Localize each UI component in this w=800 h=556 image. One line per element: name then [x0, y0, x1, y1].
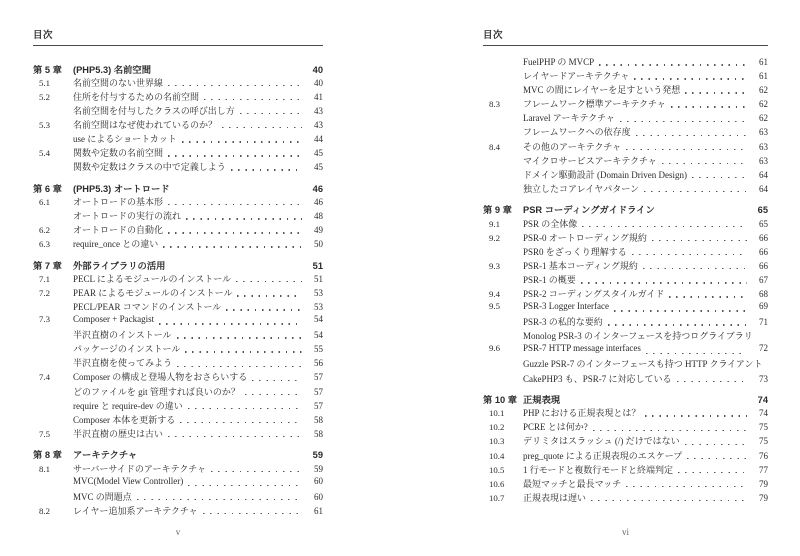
toc-entry-title: PECL/PEAR コマンドのインストール: [73, 300, 221, 313]
dot-leader: [203, 513, 302, 514]
toc-entry-number: 7.5: [33, 429, 73, 439]
toc-entry-number: 5.3: [33, 120, 73, 130]
toc-entry-page: 41: [307, 92, 323, 102]
toc-entry-page: 66: [752, 261, 768, 271]
toc-entry-number: 第 8 章: [33, 447, 73, 461]
toc-entry: 関数や定数はクラスの中で定義しよう45: [33, 160, 323, 174]
toc-entry-title: フレームワーク標準アーキテクチャ: [523, 97, 666, 110]
toc-entry-number: 10.6: [483, 479, 523, 489]
dot-leader: [677, 381, 747, 382]
dot-leader: [159, 323, 302, 324]
toc-entry-title: Monolog PSR-3 のインターフェースを持つログライブラリ: [523, 329, 753, 342]
toc-entry-page: 51: [307, 274, 323, 284]
toc-entry-page: 61: [752, 71, 768, 81]
dot-leader: [660, 212, 747, 213]
toc-entry: 7.3Composer + Packagist54: [33, 314, 323, 328]
dot-leader: [678, 472, 747, 473]
toc-entry-page: 58: [307, 429, 323, 439]
toc-entry-page: 54: [307, 314, 323, 324]
toc-entry-title: PSR-2 コーディングスタイルガイド: [523, 287, 664, 300]
toc-entry-page: 64: [752, 170, 768, 180]
toc-entry-title: 半沢直樹の歴史は古い: [73, 427, 163, 440]
toc-entry-title: require と require-dev の違い: [73, 399, 183, 412]
toc-entry-title: 正規表現は遅い: [523, 491, 586, 504]
toc-entry-page: 53: [307, 302, 323, 312]
dot-leader: [211, 471, 302, 472]
dot-leader: [652, 240, 747, 241]
dot-leader: [204, 99, 302, 100]
toc-entry-title: PSR-7 HTTP message interfaces: [523, 343, 641, 353]
toc-entry-number: 9.5: [483, 301, 523, 311]
toc-entry: 8.3フレームワーク標準アーキテクチャ62: [483, 97, 768, 111]
dot-leader: [671, 106, 747, 107]
toc-entry: 10.3デリミタはスラッシュ (/) だけではない75: [483, 434, 768, 448]
toc-entry-page: 63: [752, 142, 768, 152]
toc-entry-number: 7.2: [33, 288, 73, 298]
toc-entry-page: 75: [752, 422, 768, 432]
toc-entry: require と require-dev の違い57: [33, 399, 323, 413]
dot-leader: [180, 422, 302, 423]
toc-entry: 5.2住所を付与するための名前空間41: [33, 90, 323, 104]
toc-entry-number: 6.2: [33, 225, 73, 235]
toc-entry-title: 名前空間を付与したクラスの呼び出し方: [73, 104, 235, 117]
toc-entry: MVC(Model View Controller)60: [33, 476, 323, 490]
toc-entry: Laravel アーキテクチャ62: [483, 111, 768, 125]
toc-entry-title: MVC の問題点: [73, 490, 132, 503]
dot-leader: [245, 394, 302, 395]
toc-entry-title: 半沢直樹を使ってみよう: [73, 356, 172, 369]
toc-entry-page: 46: [307, 184, 323, 194]
toc-entry-page: 79: [752, 493, 768, 503]
toc-entry-number: 6.1: [33, 197, 73, 207]
toc-entry-page: 43: [307, 106, 323, 116]
toc-entry-number: 9.4: [483, 289, 523, 299]
dot-leader: [168, 436, 302, 437]
toc-entry-number: 10.4: [483, 451, 523, 461]
toc-entry: 第 7 章外部ライブラリの活用51: [33, 258, 323, 272]
toc-entry-title: (PHP5.3) 名前空間: [73, 62, 151, 76]
dot-leader: [185, 351, 302, 352]
dot-leader: [142, 457, 302, 458]
dot-leader: [168, 232, 302, 233]
toc-entry: 10.2PCRE とは何か?75: [483, 420, 768, 434]
toc-entry-page: 63: [752, 127, 768, 137]
dot-leader: [685, 92, 747, 93]
toc-entry: 6.1オートロードの基本形46: [33, 195, 323, 209]
toc-entry-page: 62: [752, 99, 768, 109]
toc-entry-number: 6.3: [33, 239, 73, 249]
toc-entry-page: 74: [752, 395, 768, 405]
toc-entry-page: 71: [752, 317, 768, 327]
toc-entry-page: 53: [307, 288, 323, 298]
toc-entry-title: FuelPHP の MVCP: [523, 55, 594, 68]
toc-entry: 独立したコアレイヤパターン64: [483, 182, 768, 196]
toc-entry: 7.1PECL によるモジュールのインストール51: [33, 272, 323, 286]
toc-entry: 9.1PSR の全体像65: [483, 217, 768, 231]
toc-entry-title: MVC(Model View Controller): [73, 476, 183, 486]
toc-entry-title: 最短マッチと最長マッチ: [523, 477, 621, 490]
toc-entry: 9.5PSR-3 Logger Interface69: [483, 301, 768, 315]
toc-entry-title: 名前空間のない世界線: [73, 76, 163, 89]
dot-leader: [644, 191, 747, 192]
book-spread: 目次 第 5 章(PHP5.3) 名前空間405.1名前空間のない世界線405.…: [0, 0, 800, 556]
toc-entry-number: 9.1: [483, 219, 523, 229]
toc-entry-title: CakePHP3 も、PSR-7 に対応している: [523, 372, 672, 385]
toc-entry-title: レイヤードアーキテクチャ: [523, 69, 629, 82]
toc-entry-number: 9.3: [483, 261, 523, 271]
toc-entry-title: Laravel アーキテクチャ: [523, 111, 615, 124]
toc-entry-title: 関数や定数はクラスの中で定義しよう: [73, 160, 226, 173]
toc-entry-number: 9.2: [483, 233, 523, 243]
toc-entry-title: 関数や定数の名前空間: [73, 146, 163, 159]
dot-leader: [168, 85, 302, 86]
toc-entry-page: 73: [752, 374, 768, 384]
toc-entry-page: 58: [307, 415, 323, 425]
toc-entry: PSR-3 の私的な要約71: [483, 315, 768, 329]
toc-entry-title: Composer の構成と登場人物をおさらいする: [73, 370, 247, 383]
toc-entry-page: 68: [752, 289, 768, 299]
toc-entry-number: 8.3: [483, 99, 523, 109]
toc-entry-title: PSR0 をざっくり理解する: [523, 245, 627, 258]
dot-leader: [599, 64, 747, 65]
toc-entry-title: 正規表現: [523, 392, 560, 406]
toc-entry-number: 第 5 章: [33, 62, 73, 76]
dot-leader: [643, 268, 747, 269]
toc-entry: 8.2レイヤー追加系アーキテクチャ61: [33, 504, 323, 518]
toc-entry-page: 65: [752, 219, 768, 229]
toc-entry-page: 66: [752, 233, 768, 243]
dot-leader: [593, 430, 747, 431]
toc-entry-page: 59: [307, 464, 323, 474]
dot-leader: [646, 353, 747, 354]
toc-entry: 5.3名前空間はなぜ使われているのか？43: [33, 118, 323, 132]
toc-entry-page: 60: [307, 492, 323, 502]
toc-entry: どのファイルを git 管理すれば良いのか？57: [33, 385, 323, 399]
toc-entry: Guzzle PSR-7 のインターフェースも持つ HTTP クライアント73: [483, 357, 768, 371]
toc-entry-page: 71: [763, 331, 768, 341]
dot-leader: [156, 71, 302, 72]
toc-entry-title: オートロードの基本形: [73, 195, 163, 208]
toc-entry: 10.4preg_quote による正規表現のエスケープ76: [483, 449, 768, 463]
toc-entry: 7.4Composer の構成と登場人物をおさらいする57: [33, 370, 323, 384]
toc-entry: 8.1サーバーサイドのアーキテクチャ59: [33, 462, 323, 476]
toc-entry-page: 65: [752, 205, 768, 215]
toc-entry-title: パッケージのインストール: [73, 342, 180, 355]
page-folio: vi: [483, 527, 768, 537]
toc-entries-right: FuelPHP の MVCP61レイヤードアーキテクチャ61MVC の間にレイヤ…: [483, 46, 768, 505]
toc-entry-page: 43: [307, 120, 323, 130]
page-folio: v: [33, 527, 323, 537]
toc-entry-number: 第 7 章: [33, 258, 73, 272]
toc-entry: マイクロサービスアーキテクチャ63: [483, 154, 768, 168]
toc-entry-number: 第 9 章: [483, 202, 523, 216]
toc-entry-page: 45: [307, 148, 323, 158]
toc-entry: 5.1名前空間のない世界線40: [33, 76, 323, 90]
toc-entry: MVC の間にレイヤーを足すという発想62: [483, 83, 768, 97]
toc-entry: 第 6 章(PHP5.3) オートロード46: [33, 181, 323, 195]
toc-entry-page: 62: [752, 113, 768, 123]
toc-entry-title: 半沢直樹のインストール: [73, 328, 172, 341]
dot-leader: [608, 324, 747, 325]
toc-entry-number: 7.4: [33, 372, 73, 382]
dot-leader: [626, 149, 747, 150]
toc-entry: パッケージのインストール55: [33, 342, 323, 356]
toc-entry-title: 外部ライブラリの活用: [73, 258, 165, 272]
toc-entry-number: 5.4: [33, 148, 73, 158]
toc-entry-title: 住所を付与するための名前空間: [73, 90, 199, 103]
text-block-left: 目次 第 5 章(PHP5.3) 名前空間405.1名前空間のない世界線405.…: [33, 27, 323, 556]
toc-entry-page: 76: [752, 451, 768, 461]
dot-leader: [645, 415, 747, 416]
toc-entry: MVC の問題点60: [33, 490, 323, 504]
toc-entry: 半沢直樹のインストール54: [33, 328, 323, 342]
dot-leader: [591, 500, 747, 501]
dot-leader: [170, 267, 302, 268]
toc-entry-title: PECL によるモジュールのインストール: [73, 272, 231, 285]
dot-leader: [236, 281, 302, 282]
toc-entry: 5.4関数や定数の名前空間45: [33, 146, 323, 160]
dot-leader: [177, 366, 302, 367]
toc-entry: 9.2PSR-0 オートローディング規約66: [483, 231, 768, 245]
toc-entry-page: 61: [307, 506, 323, 516]
toc-entry: 6.3require_once との違い50: [33, 237, 323, 251]
toc-entry-title: Composer 本体を更新する: [73, 413, 175, 426]
dot-leader: [634, 78, 747, 79]
toc-entry-title: デリミタはスラッシュ (/) だけではない: [523, 434, 680, 447]
toc-entry-page: 57: [307, 401, 323, 411]
toc-entry-title: Composer + Packagist: [73, 314, 154, 324]
toc-entry: 6.2オートロードの自動化49: [33, 223, 323, 237]
toc-entry-page: 45: [307, 162, 323, 172]
dot-leader: [582, 226, 747, 227]
toc-entry-title: ドメイン駆動設計 (Domain Driven Design): [523, 168, 687, 181]
dot-leader: [163, 246, 302, 247]
toc-entry-title: MVC の間にレイヤーを足すという発想: [523, 83, 680, 96]
toc-entry-title: PSR-3 の私的な要約: [523, 315, 603, 328]
dot-leader: [237, 295, 302, 296]
toc-entry-title: PSR-0 オートローディング規約: [523, 231, 647, 244]
dot-leader: [240, 113, 302, 114]
toc-entry-title: 1 行モードと複数行モードと終端判定: [523, 463, 673, 476]
toc-entry-title: マイクロサービスアーキテクチャ: [523, 154, 657, 167]
toc-entry-title: オートロードの自動化: [73, 223, 163, 236]
toc-entry-title: PCRE とは何か?: [523, 420, 588, 433]
dot-leader: [177, 337, 302, 338]
toc-entry-title: preg_quote による正規表現のエスケープ: [523, 449, 682, 462]
toc-entry-title: PSR の全体像: [523, 217, 577, 230]
toc-entry-number: 8.4: [483, 142, 523, 152]
toc-entry: 7.5半沢直樹の歴史は古い58: [33, 427, 323, 441]
toc-entry-page: 40: [307, 78, 323, 88]
text-block-right: 目次 FuelPHP の MVCP61レイヤードアーキテクチャ61MVC の間に…: [483, 27, 768, 556]
toc-entry-number: 5.2: [33, 92, 73, 102]
toc-entry-title: 独立したコアレイヤパターン: [523, 182, 639, 195]
dot-leader: [175, 190, 302, 191]
toc-entry-number: 10.2: [483, 422, 523, 432]
dot-leader: [222, 127, 302, 128]
toc-entry-number: 第 10 章: [483, 392, 523, 406]
toc-entry: 第 9 章PSR コーディングガイドライン65: [483, 202, 768, 216]
toc-entry-page: 49: [307, 225, 323, 235]
toc-entry-page: 75: [752, 436, 768, 446]
toc-entry: 10.6最短マッチと最長マッチ79: [483, 477, 768, 491]
dot-leader: [620, 121, 747, 122]
toc-entry-page: 64: [752, 184, 768, 194]
toc-entry-page: 55: [307, 344, 323, 354]
toc-entry-page: 40: [307, 65, 323, 75]
toc-entry-title: PHP における正規表現とは？: [523, 406, 640, 419]
toc-entry-title: PSR-3 Logger Interface: [523, 301, 609, 311]
toc-entry-page: 44: [307, 134, 323, 144]
toc-entry-title: PSR コーディングガイドライン: [523, 202, 655, 216]
toc-entry-title: レイヤー追加系アーキテクチャ: [73, 504, 198, 517]
toc-entry: 9.6PSR-7 HTTP message interfaces72: [483, 343, 768, 357]
toc-entry-title: PSR-1 基本コーディング規約: [523, 259, 638, 272]
toc-entry-number: 7.1: [33, 274, 73, 284]
dot-leader: [188, 408, 302, 409]
toc-page-right: 目次 FuelPHP の MVCP61レイヤードアーキテクチャ61MVC の間に…: [400, 0, 800, 556]
dot-leader: [168, 155, 302, 156]
toc-entry: 10.1PHP における正規表現とは？74: [483, 406, 768, 420]
toc-entry-number: 10.5: [483, 465, 523, 475]
toc-entry: Monolog PSR-3 のインターフェースを持つログライブラリ71: [483, 329, 768, 343]
toc-entry-number: 5.1: [33, 78, 73, 88]
toc-entry: 半沢直樹を使ってみよう56: [33, 356, 323, 370]
dot-leader: [581, 282, 747, 283]
toc-entry-page: 79: [752, 479, 768, 489]
toc-entry-page: 72: [752, 343, 768, 353]
toc-entry: PECL/PEAR コマンドのインストール53: [33, 300, 323, 314]
toc-entry: FuelPHP の MVCP61: [483, 55, 768, 69]
toc-entry-page: 69: [752, 301, 768, 311]
toc-entry: Composer 本体を更新する58: [33, 413, 323, 427]
toc-entry-title: Guzzle PSR-7 のインターフェースも持つ HTTP クライアント: [523, 357, 763, 370]
toc-entry-page: 61: [752, 57, 768, 67]
dot-leader: [137, 499, 302, 500]
toc-entry-page: 74: [752, 408, 768, 418]
toc-entry-title: アーキテクチャ: [73, 447, 137, 461]
toc-entry: 9.4PSR-2 コーディングスタイルガイド68: [483, 287, 768, 301]
dot-leader: [186, 218, 302, 219]
dot-leader: [614, 310, 747, 311]
toc-entry-number: 10.1: [483, 408, 523, 418]
toc-entry: ドメイン駆動設計 (Domain Driven Design)64: [483, 168, 768, 182]
toc-page-left: 目次 第 5 章(PHP5.3) 名前空間405.1名前空間のない世界線405.…: [0, 0, 400, 556]
toc-entry-title: (PHP5.3) オートロード: [73, 181, 170, 195]
toc-entry-title: フレームワークへの依存度: [523, 125, 631, 138]
dot-leader: [636, 135, 747, 136]
toc-entry: PSR-1 の概要67: [483, 273, 768, 287]
toc-entry-number: 10.7: [483, 493, 523, 503]
toc-entry-page: 77: [752, 465, 768, 475]
dot-leader: [626, 486, 747, 487]
toc-entry-page: 50: [307, 239, 323, 249]
toc-entry-page: 66: [752, 247, 768, 257]
toc-entry-number: 10.3: [483, 436, 523, 446]
toc-entry: 名前空間を付与したクラスの呼び出し方43: [33, 104, 323, 118]
toc-entry-title: 名前空間はなぜ使われているのか？: [73, 118, 217, 131]
toc-entry-number: 8.1: [33, 464, 73, 474]
toc-entry-page: 48: [307, 211, 323, 221]
toc-entry: 10.51 行モードと複数行モードと終端判定77: [483, 463, 768, 477]
toc-entry-title: どのファイルを git 管理すれば良いのか？: [73, 385, 240, 398]
toc-entry-page: 62: [752, 85, 768, 95]
running-header: 目次: [33, 27, 323, 41]
toc-entry: 10.7正規表現は遅い79: [483, 491, 768, 505]
toc-entry-page: 59: [307, 450, 323, 460]
dot-leader: [188, 485, 302, 486]
toc-entry-number: 9.6: [483, 343, 523, 353]
toc-entry: 8.4その他のアーキテクチャ63: [483, 140, 768, 154]
toc-entry: 7.2PEAR によるモジュールのインストール53: [33, 286, 323, 300]
running-header: 目次: [483, 27, 768, 41]
dot-leader: [565, 401, 747, 402]
toc-entry: use によるショートカット44: [33, 132, 323, 146]
toc-entry-title: その他のアーキテクチャ: [523, 140, 621, 153]
toc-entry-page: 57: [307, 372, 323, 382]
toc-entry-number: 8.2: [33, 506, 73, 516]
dot-leader: [662, 163, 747, 164]
toc-entry-page: 57: [307, 387, 323, 397]
toc-entry: CakePHP3 も、PSR-7 に対応している73: [483, 372, 768, 386]
toc-entry-page: 54: [307, 330, 323, 340]
dot-leader: [685, 444, 747, 445]
toc-entry-title: PEAR によるモジュールのインストール: [73, 286, 232, 299]
toc-entry-page: 51: [307, 261, 323, 271]
toc-entry-title: オートロードの実行の流れ: [73, 209, 181, 222]
dot-leader: [632, 254, 747, 255]
toc-entry: PSR0 をざっくり理解する66: [483, 245, 768, 259]
toc-entry-page: 67: [752, 275, 768, 285]
toc-entries-left: 第 5 章(PHP5.3) 名前空間405.1名前空間のない世界線405.2住所…: [33, 46, 323, 518]
dot-leader: [252, 380, 302, 381]
dot-leader: [226, 309, 302, 310]
toc-entry-title: サーバーサイドのアーキテクチャ: [73, 462, 206, 475]
dot-leader: [182, 141, 302, 142]
toc-entry-page: 56: [307, 358, 323, 368]
toc-entry: 9.3PSR-1 基本コーディング規約66: [483, 259, 768, 273]
toc-entry: 第 10 章正規表現74: [483, 392, 768, 406]
dot-leader: [669, 296, 747, 297]
toc-entry-page: 63: [752, 156, 768, 166]
toc-entry-number: 第 6 章: [33, 181, 73, 195]
dot-leader: [231, 169, 302, 170]
dot-leader: [687, 458, 747, 459]
toc-entry: 第 5 章(PHP5.3) 名前空間40: [33, 62, 323, 76]
toc-entry-page: 60: [307, 476, 323, 486]
dot-leader: [692, 177, 747, 178]
dot-leader: [168, 204, 302, 205]
toc-entry-number: 7.3: [33, 314, 73, 324]
toc-entry: レイヤードアーキテクチャ61: [483, 69, 768, 83]
toc-entry: 第 8 章アーキテクチャ59: [33, 447, 323, 461]
toc-entry-title: require_once との違い: [73, 237, 158, 250]
toc-entry-title: use によるショートカット: [73, 132, 177, 145]
toc-entry-page: 46: [307, 197, 323, 207]
toc-entry-title: PSR-1 の概要: [523, 273, 576, 286]
toc-entry: オートロードの実行の流れ48: [33, 209, 323, 223]
toc-entry: フレームワークへの依存度63: [483, 125, 768, 139]
